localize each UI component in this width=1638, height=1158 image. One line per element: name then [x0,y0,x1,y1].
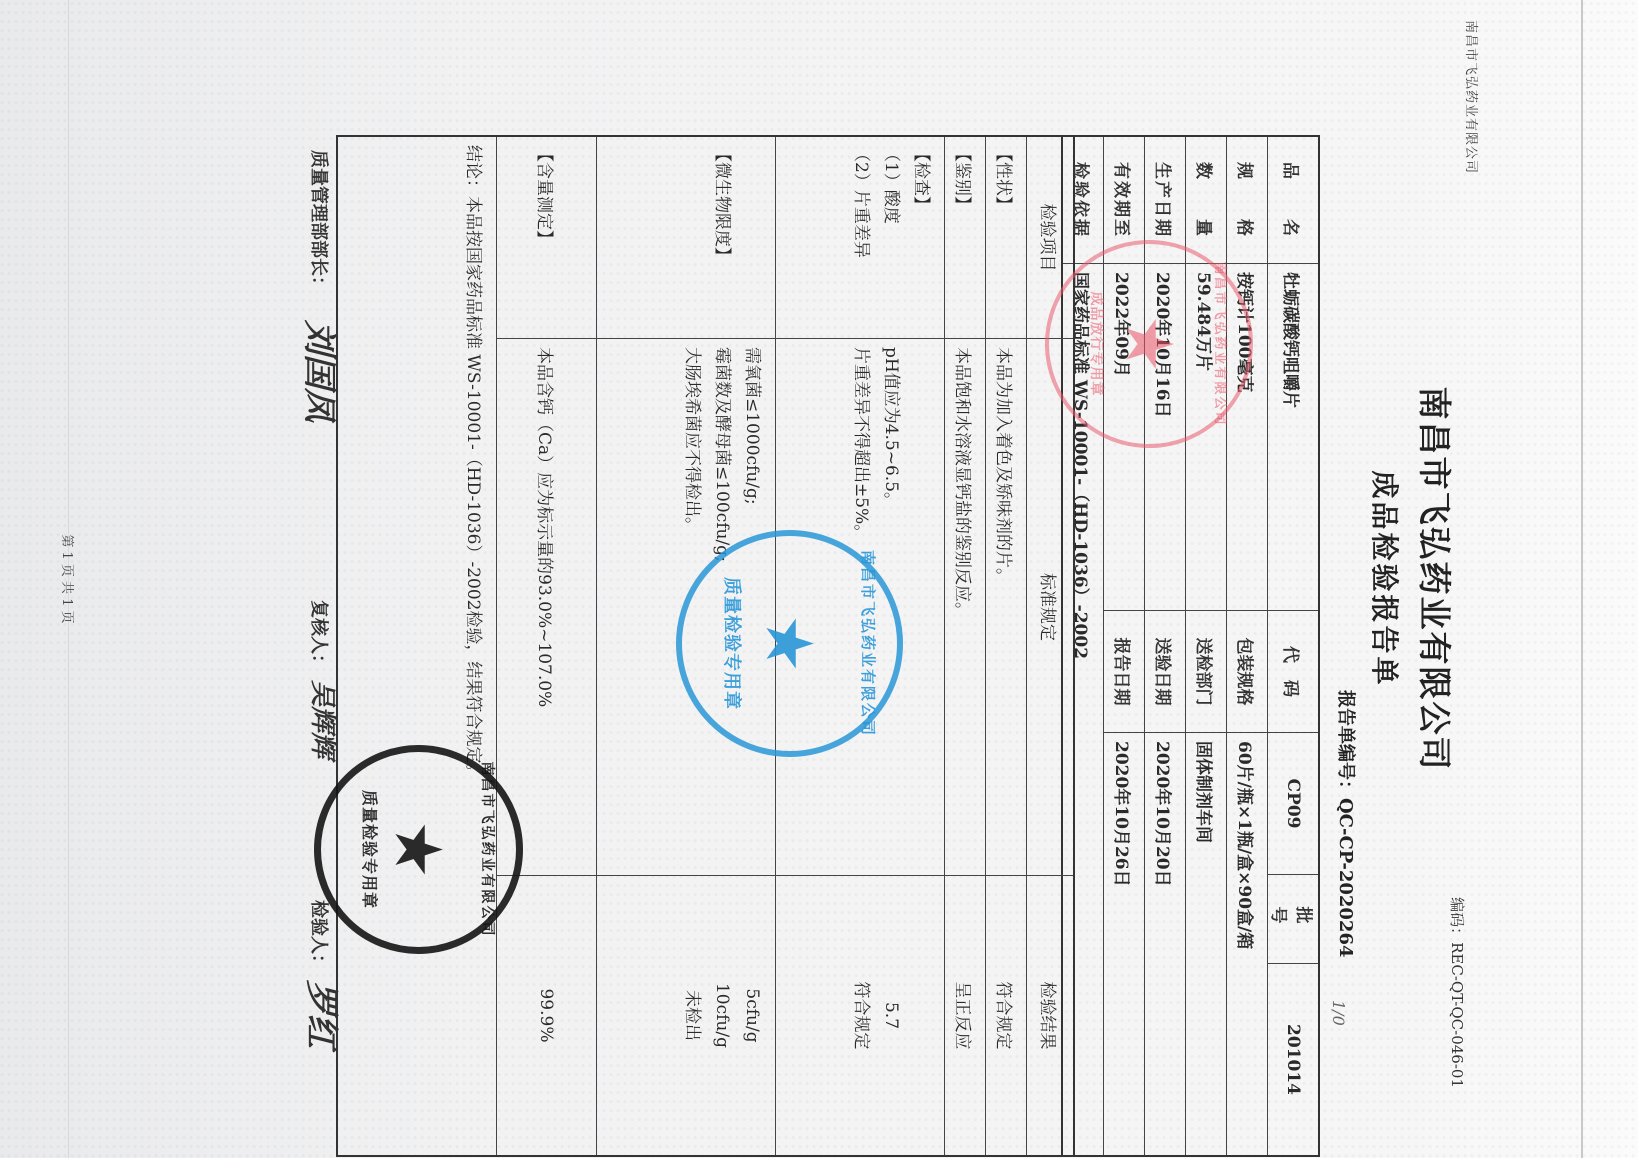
quality-inspection-stamp-blue: 南昌市飞弘药业有限公司 ★ 质量检验专用章 [676,530,903,757]
code-label: 代 码 [1268,611,1320,733]
item-character: 【性状】 [986,136,1027,339]
inspector-signature: 罗红 [300,980,349,1048]
col-standard-header: 标准规定 [1027,339,1075,876]
product-code: CP09 [1268,733,1320,875]
package-value: 60片/瓶×1瓶/盒×90盒/箱 [1227,733,1268,1157]
company-title: 南昌市飞弘药业有限公司 [1413,0,1460,1158]
star-icon: ★ [761,618,819,670]
result-microbial: 5cfu/g 10cfu/g 未检出 [597,876,776,1157]
std-assay: 本品含钙（Ca）应为标示量的93.0%~107.0% [497,339,597,876]
quality-inspection-stamp-black: 南昌市飞弘药业有限公司 ★ 质量检验专用章 [314,745,523,954]
std-character: 本品为加入着色及矫味剂的片。 [986,339,1027,876]
batch-number: 201014 [1268,964,1320,1157]
reviewer-signature: 吴辉辉 [306,680,343,758]
letterhead-company: 南昌市飞弘药业有限公司 [1463,20,1482,174]
item-identification: 【鉴别】 [945,136,986,339]
std-identification: 本品饱和水溶液显钙盐的鉴别反应。 [945,339,986,876]
check-weight-variation: （2）片重差异 [846,145,876,330]
reviewer-label: 复核人： [307,600,333,672]
conclusion: 结论：本品按国家药品标准 WS-10001-（HD-1036）-2002检验，结… [337,136,497,1156]
batch-label: 批 号 [1268,875,1320,964]
col-result-header: 检验结果 [1027,876,1075,1157]
dept-label: 送检部门 [1186,611,1227,733]
result-character: 符合规定 [986,876,1027,1157]
result-assay: 99.9% [497,876,597,1157]
report-date-value: 2020年10月26日 [1104,733,1145,1157]
release-seal-stamp: 南昌市飞弘药业有限公司 ★ 成品放行专用章 [1045,240,1253,448]
check-acidity: （1）酸度 [876,145,906,330]
product-name: 牡蛎碳酸钙咀嚼片 [1268,264,1320,611]
item-microbial: 【微生物限度】 [597,136,776,339]
check-heading: 【检查】 [906,145,936,330]
inspector-label: 检验人： [307,900,333,972]
qa-head-signature: 刘国凤 [298,320,347,422]
inspection-report-page: 南昌市飞弘药业有限公司 编码：REC-QT-QC-046-01 南昌市飞弘药业有… [0,0,1638,1158]
product-name-label: 品 名 [1268,136,1320,264]
spec-label: 规 格 [1227,136,1268,264]
result-check: 5.7 符合规定 [776,876,945,1157]
star-icon: ★ [390,824,448,876]
package-label: 包装规格 [1227,611,1268,733]
result-acidity: 5.7 [876,884,906,1147]
submit-date-label: 送验日期 [1145,611,1186,733]
star-icon: ★ [1120,318,1178,370]
page-number: 第 1 页 共 1 页 [59,0,78,1158]
submit-date-value: 2020年10月20日 [1145,733,1186,1157]
report-number: 报告单编号：QC-CP-2020264 [1334,690,1360,958]
handwritten-note: 1/0 [1329,1000,1348,1026]
dept-value: 固体制剂车间 [1186,733,1227,1157]
report-title: 成品检验报告单 [1366,0,1406,1158]
item-assay: 【含量测定】 [497,136,597,339]
report-date-label: 报告日期 [1104,611,1145,733]
result-weight-variation: 符合规定 [846,884,876,1147]
item-check: 【检查】 （1）酸度 （2）片重差异 [776,136,945,339]
result-identification: 呈正反应 [945,876,986,1157]
qa-head-label: 质量管理部部长： [307,150,333,294]
